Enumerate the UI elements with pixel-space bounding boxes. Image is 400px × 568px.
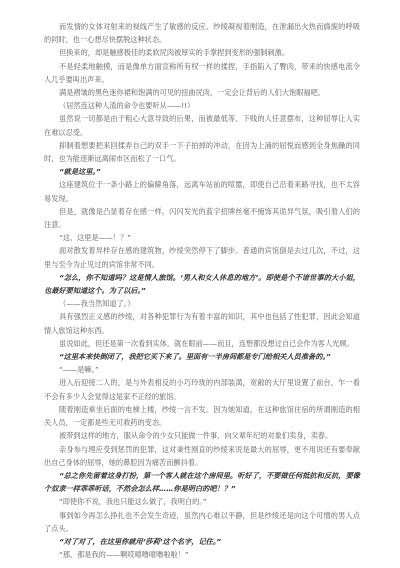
paragraph: 但是，就像是凸显着存在感一样，闪闪发光的蓝字招牌丝毫不掩饰其诡异气氛，吸引着人们…: [44, 205, 360, 231]
paragraph: 这座建筑位于一条小路上的偏僻角落，远离车站前的喧嚣，即使自己沿着来路寻找，也不太…: [44, 178, 360, 204]
paragraph: 抑制着想要把来回揉弄自己的双手一下子拍掉的冲动，在因为上涌的屈悦而感到全身焦躁的…: [44, 139, 360, 165]
dialogue-line: “这里本来快倒闭了，我把它买下来了。里面有一半房间都是专门给相关人员准备的。”: [44, 350, 360, 363]
dialogue-line: “那、那是我的——啊哎噫噜噫噜啦啦！”: [44, 548, 360, 561]
paragraph: 虽然说一切都是由于粗心大意导致的后果，而被最低等、下贱的人任意摆布，这种屈辱让人…: [44, 112, 360, 138]
dialogue-line: “——是嘛。”: [44, 363, 360, 376]
dialogue-line: “这、这里是——！？”: [44, 231, 360, 244]
dialogue-line: “总之你先留着这身打扮，第一个客人就在这个房间里。听好了，不要做任何抵抗和反抗，…: [44, 469, 360, 495]
paragraph: 但换来的，却是触感极佳的柔软尻肉被厚实的手掌捏到变形的强制刺激。: [44, 46, 360, 59]
dialogue-line: “怎么，你不知道吗？这是情人旅馆。‘男人和女人休息的地方’。即使是个不谙世事的大…: [44, 271, 360, 297]
paragraph: 面对散发着异样存在感的建筑物，纱绫突然停下了脚步。普通的宾馆倒是去过几次，不过，…: [44, 244, 360, 270]
paragraph: 虽说如此，但还是第一次看到实体，就在眼前——而且，连想都没想过自己会作为客人光顾…: [44, 337, 360, 350]
paragraph: 进入后迎接二人的，是与外表相反的小巧玲珑的内部装潢，宽敞的大厅里设置了前台，乍一…: [44, 376, 360, 402]
paragraph: 具有强烈正义感的纱绫，对各种犯罪行为有着丰富的知识，其中也包括了性犯罪，因此会知…: [44, 310, 360, 336]
dialogue-line: （——我当然知道了。）: [44, 297, 360, 310]
dialogue-line: “即使你不说，我也只能这么做了，我明白的。”: [44, 495, 360, 508]
paragraph: 事到如今再怎么挣扎也不会发生奇迹，虽然内心难以平静，但是纱绫还是向这个可憎的男人…: [44, 509, 360, 535]
dialogue-line: “就是这里。”: [44, 165, 360, 178]
paragraph: 随着刚造乘坐后面的电梯上楼，纱绫一言不发。因为她知道，在这种旅馆住宿的所谓刚造的…: [44, 403, 360, 429]
dialogue-line: “对了对了，在这里你就用‘莎莉’这个名字，记住。”: [44, 535, 360, 548]
paragraph: 满是褶皱的黑色迷你裙和饱满的可见的扭曲尻肉，一定会让背后的人们大饱眼福吧。: [44, 86, 360, 99]
document-page: 而发情的女体对射来的视线产生了敏感的反应。纱绫凝视着刚造，在泄漏出火热而旖旎的呼…: [44, 20, 360, 561]
paragraph: 而发情的女体对射来的视线产生了敏感的反应。纱绫凝视着刚造，在泄漏出火热而旖旎的呼…: [44, 20, 360, 46]
paragraph: 被带到这样的地方，服从命令的少女只能做一件事，向父辈年纪的对象们卖身，卖春。: [44, 429, 360, 442]
paragraph: 不是轻柔地触摸，而是像单方面宣称所有权一样的揉捏，手指陷入了臀肉，带来的快感电流…: [44, 60, 360, 86]
paragraph: 亲身参与理应受到惩罚的犯罪，这对秉性刚直的纱绫来说是最大的屈辱，更不用说还有要奉…: [44, 443, 360, 469]
dialogue-line: （居然连这种人渣的命令也要听从——!!）: [44, 99, 360, 112]
